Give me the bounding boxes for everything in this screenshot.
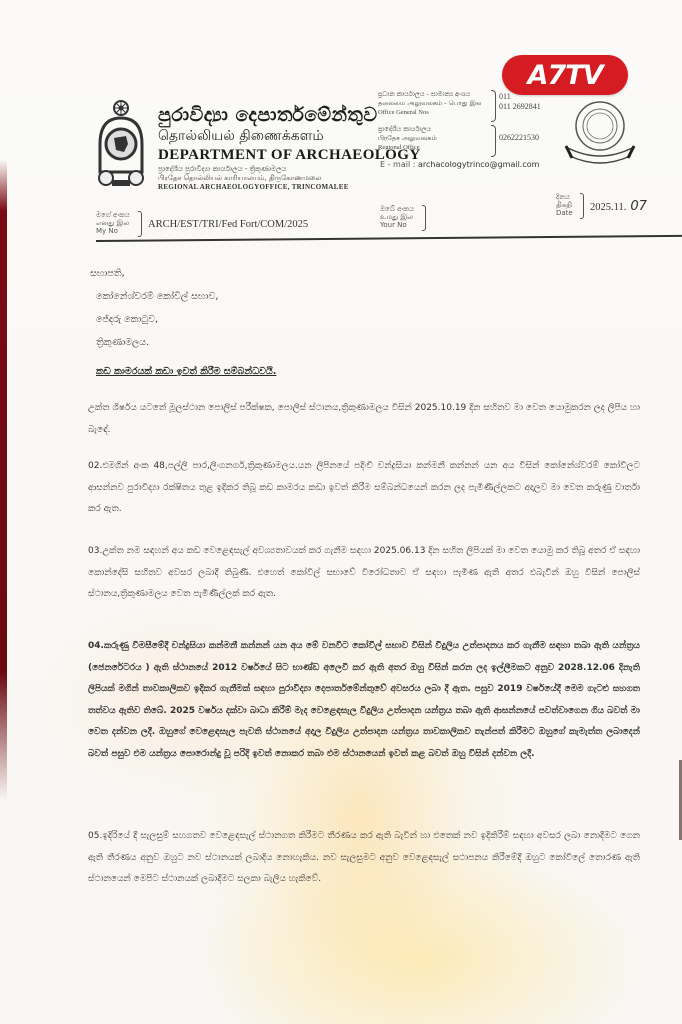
date-label-english: Date [556, 209, 573, 217]
date-handwritten: 07 [630, 199, 647, 214]
sri-lanka-emblem-icon [92, 98, 150, 190]
paragraph-3: 03.උක්ත නම සඳහන් අය කඩ වෙළෙඳසැල් අවශ්‍යත… [88, 541, 640, 606]
contact-label-english: Regional Office [378, 143, 548, 152]
addressee-line: ජේදරු කොටුව, [96, 308, 218, 331]
my-no-label-sinhala: මගේ අංකය [96, 211, 130, 219]
date-labels: දිනය திகதி Date [556, 193, 573, 217]
letter-date: 2025.11.07 [590, 199, 647, 214]
contact-phone: 0262221530 [499, 133, 539, 143]
my-reference-number: ARCH/EST/TRI/Fed Fort/COM/2025 [148, 219, 308, 230]
regional-office-sinhala: ප්‍රාදේශීය පුරාවිද්‍යා කාර්යාලය - ත්‍රික… [158, 165, 349, 174]
brace [491, 125, 496, 157]
contact-regional-office: ප්‍රාදේශීය කාර්යාලය பிரதேச அலுவலகம் Regi… [378, 125, 548, 158]
your-no-label-sinhala: ඔබේ අංකය [380, 205, 414, 213]
addressee-line: ත්‍රිකුණාමලය. [96, 331, 218, 354]
brace [138, 211, 142, 237]
date-printed: 2025.11. [590, 202, 626, 213]
addressee-line: සභාපති, [90, 262, 218, 285]
paragraph-5: 05.ඉදිරියේ දී සැලසුම් සහගතව වෙළෙඳසැල් ස්… [88, 826, 640, 891]
regional-office-names: ප්‍රාදේශීය පුරාවිද්‍යා කාර්යාලය - ත්‍රික… [158, 165, 349, 192]
a7tv-logo-text: A7TV [528, 60, 603, 91]
my-no-label-tamil: எனது இல [96, 219, 130, 227]
email-label: E - mail : [380, 160, 415, 169]
date-label-tamil: திகதி [556, 201, 573, 209]
background-edge-strip [0, 160, 7, 800]
phone-line-2: 011 2692841 [499, 102, 541, 112]
regional-office-english: REGIONAL ARCHAEOLOGYOFFICE, TRINCOMALEE [158, 183, 349, 192]
date-label-sinhala: දිනය [556, 193, 573, 201]
email-address[interactable]: archacologytrinco@gmail.com [418, 160, 539, 169]
reference-row: මගේ අංකය எனது இல My No ARCH/EST/TRI/Fed … [96, 205, 656, 239]
my-no-labels: මගේ අංකය எனது இல My No [96, 211, 130, 235]
a7tv-watermark-logo: A7TV [502, 55, 628, 95]
your-no-label-tamil: உமது இல [380, 213, 414, 221]
paragraph-1: උක්ත ශිර්ෂය යටතේ මූලස්ථාන පොලිස් පරීක්ෂක… [88, 398, 640, 441]
contact-info: ප්‍රධාන කාර්යාලය - සාමාන්‍ය අංශය தலைமை அ… [378, 90, 548, 160]
paragraph-4: 04.කරුණු විමසීමේදී චන්ද්‍රසියා කන්මනී කන… [88, 636, 640, 765]
email-line: E - mail : archacologytrinco@gmail.com [380, 160, 539, 169]
regional-office-tamil: பிரதேச தொல்லியல் காரியாலயம், திருகோணமலை [158, 174, 349, 183]
contact-phone: 011 011 2692841 [499, 92, 541, 112]
brace [580, 193, 584, 219]
addressee-block: සභාපති, කෝනේශ්වරම් කෝවිල් සභාව, ජේදරු කො… [90, 262, 218, 354]
office-seal-icon [560, 96, 640, 176]
your-no-label-english: Your No [380, 221, 414, 229]
my-no-label-english: My No [96, 227, 130, 235]
your-no-labels: ඔබේ අංකය உமது இல Your No [380, 205, 414, 229]
brace [422, 205, 426, 231]
brace [491, 90, 496, 122]
letter-subject: කඩ කාමරයක් කඩා ඉවත් කිරීම සම්බන්ධවයි. [96, 366, 276, 377]
paragraph-2: 02.එමගින් අංක 48,පල්ලි පාර,ලිංගනගර්,ත්‍ර… [88, 456, 640, 521]
addressee-line: කෝනේශ්වරම් කෝවිල් සභාව, [96, 285, 218, 308]
